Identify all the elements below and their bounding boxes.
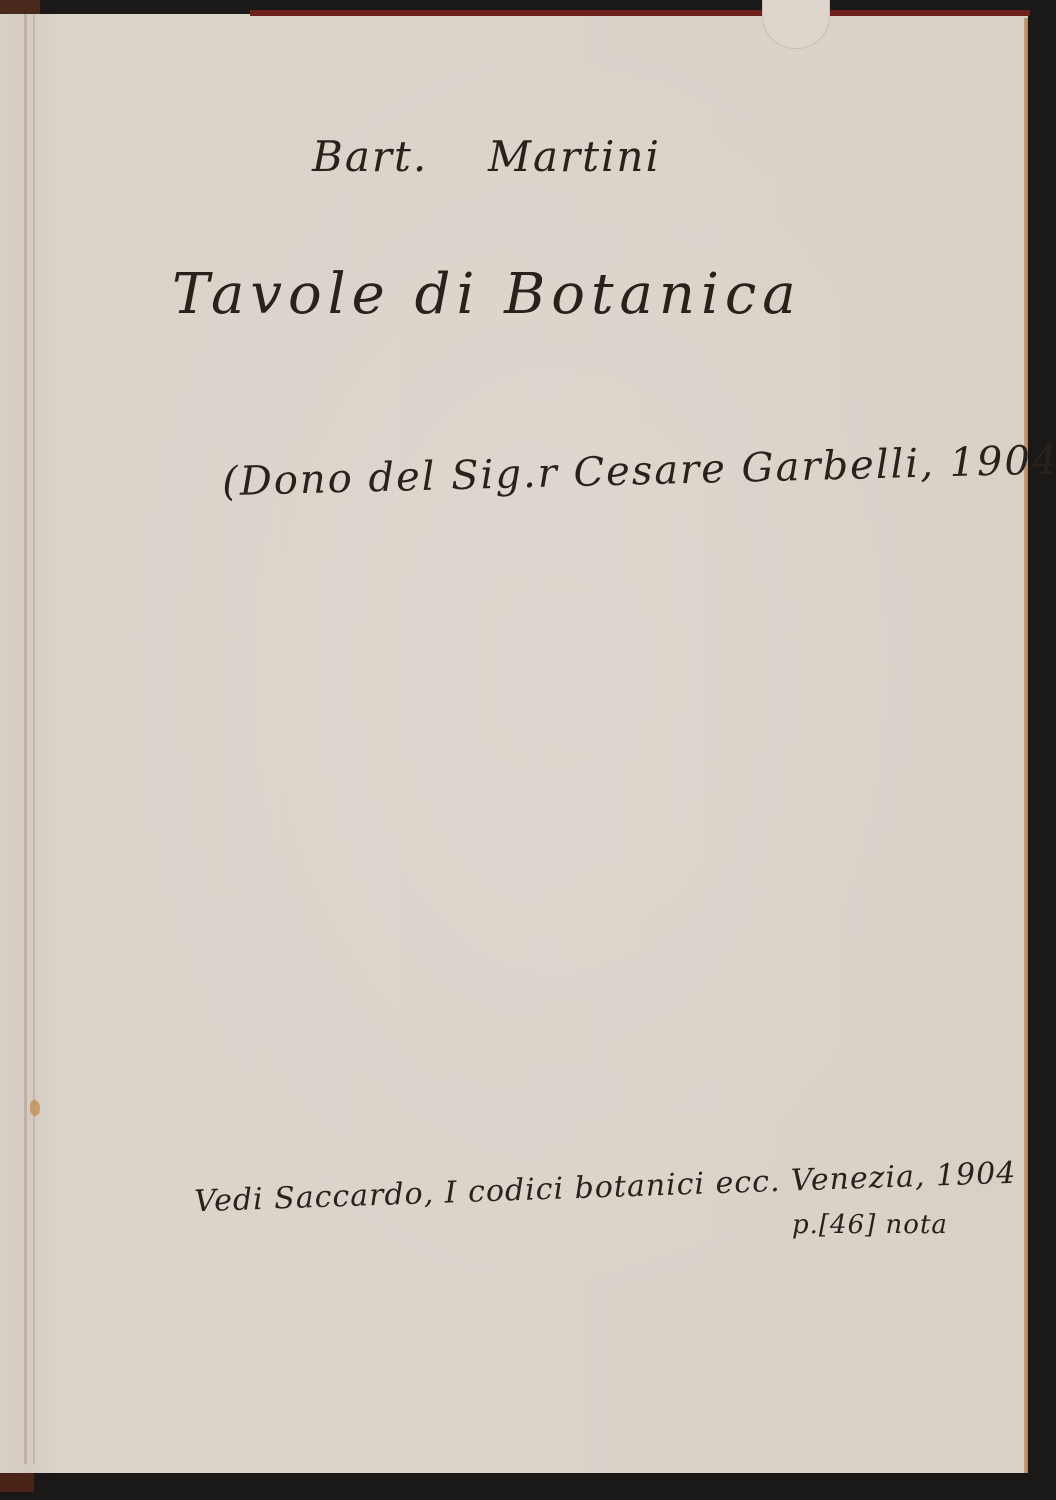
book-cover-corner-top [0,0,40,14]
gutter-fold-secondary [33,14,35,1464]
inscription-author-first: Bart. [312,132,428,181]
inscription-reference-page: p.[46] nota [792,1210,948,1240]
foxing-stain [30,1100,40,1116]
inscription-title: Tavole di Botanica [172,262,802,327]
cover-red-edge [250,10,1030,16]
gutter-fold [24,14,27,1464]
flyleaf-page [0,14,1028,1473]
page-fore-edge [1024,18,1028,1473]
inscription-author-last: Martini [488,132,661,181]
